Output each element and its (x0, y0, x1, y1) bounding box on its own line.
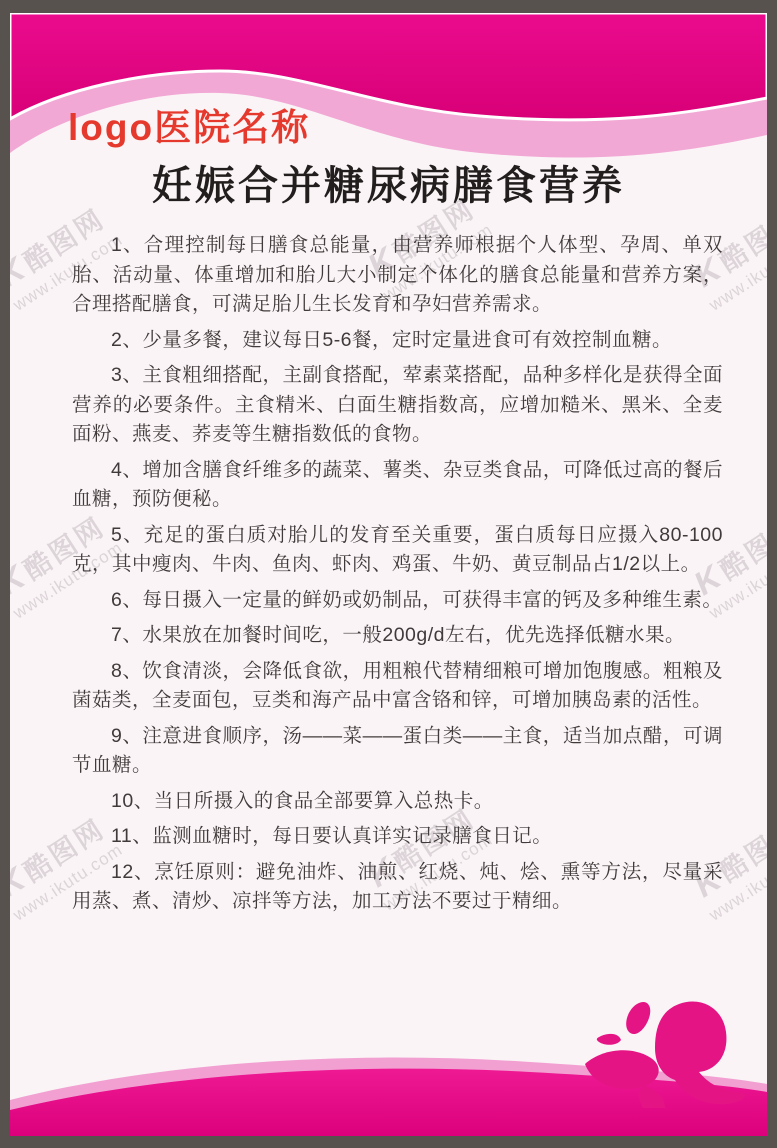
diet-item-8: 8、饮食清淡，会降低食欲，用粗粮代替精细粮可增加饱腹感。粗粮及菌菇类，全麦面包，… (72, 657, 723, 716)
diet-item-2: 2、少量多餐，建议每日5-6餐，定时定量进食可有效控制血糖。 (72, 326, 723, 356)
poster: logo医院名称 K酷图网 www.ikutu.com K酷图网 www.iku… (10, 13, 767, 1136)
diet-item-6: 6、每日摄入一定量的鲜奶或奶制品，可获得丰富的钙及多种维生素。 (72, 586, 723, 616)
diet-item-5: 5、充足的蛋白质对胎儿的发育至关重要，蛋白质每日应摄入80-100克，其中瘦肉、… (72, 521, 723, 580)
diet-item-3: 3、主食粗细搭配，主副食搭配，荤素菜搭配，品种多样化是获得全面营养的必要条件。主… (72, 361, 723, 450)
butterfly-icon (567, 998, 753, 1108)
diet-item-11: 11、监测血糖时，每日要认真详实记录膳食日记。 (72, 822, 723, 852)
diet-item-12: 12、烹饪原则：避免油炸、油煎、红烧、炖、烩、熏等方法，尽量采用蒸、煮、清炒、凉… (72, 858, 723, 917)
diet-item-4: 4、增加含膳食纤维多的蔬菜、薯类、杂豆类食品，可降低过高的餐后血糖，预防便秘。 (72, 456, 723, 515)
diet-guideline-list: 1、合理控制每日膳食总能量，由营养师根据个人体型、孕周、单双胎、活动量、体重增加… (10, 211, 767, 917)
diet-item-1: 1、合理控制每日膳食总能量，由营养师根据个人体型、孕周、单双胎、活动量、体重增加… (72, 231, 723, 320)
footer-wave-graphic (10, 1036, 767, 1136)
diet-item-9: 9、注意进食顺序，汤——菜——蛋白类——主食，适当加点醋，可调节血糖。 (72, 722, 723, 781)
hospital-logo-text: logo医院名称 (68, 97, 310, 151)
diet-item-7: 7、水果放在加餐时间吃，一般200g/d左右，优先选择低糖水果。 (72, 621, 723, 651)
diet-item-10: 10、当日所摄入的食品全部要算入总热卡。 (72, 787, 723, 817)
poster-frame: logo医院名称 K酷图网 www.ikutu.com K酷图网 www.iku… (0, 0, 777, 1148)
page-title: 妊娠合并糖尿病膳食营养 (10, 161, 767, 211)
footer-magenta-band (10, 1069, 767, 1136)
footer-pink-band (10, 1058, 767, 1136)
